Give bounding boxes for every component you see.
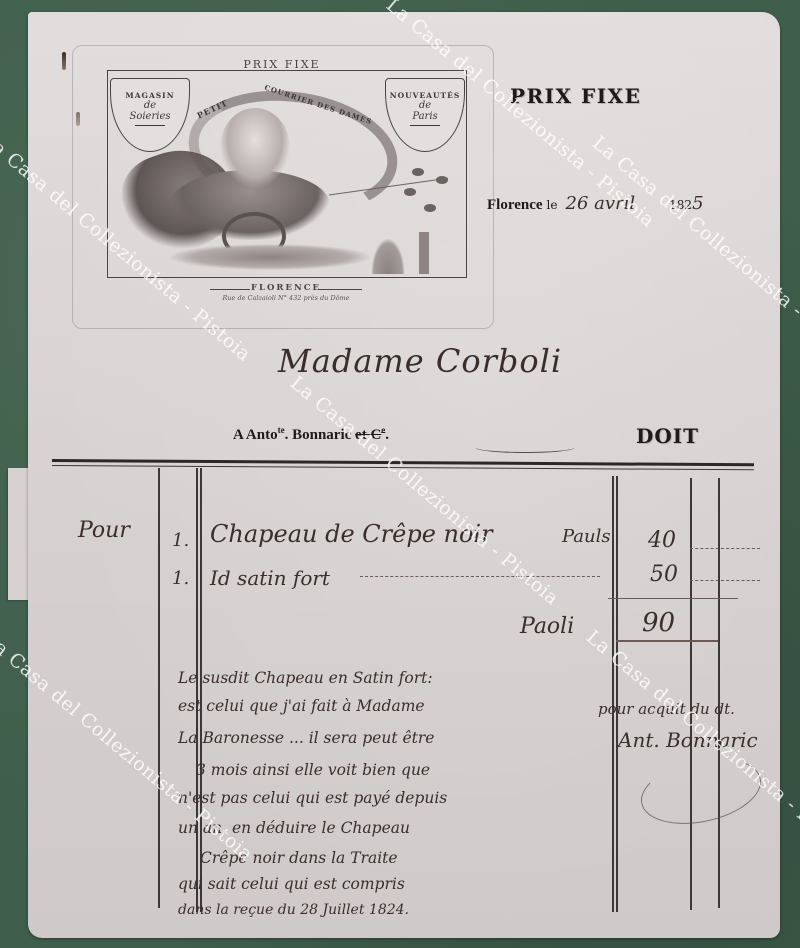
shield-right-line3: Paris	[386, 111, 464, 122]
shield-right-line2: de	[386, 100, 464, 111]
merchant-prefix: A Anto	[233, 427, 278, 443]
column-divider	[616, 476, 618, 912]
engraving-cloud	[170, 244, 370, 270]
total-amount: 90	[642, 608, 675, 638]
shield-left-line3: Soieries	[111, 111, 189, 122]
shield-left-line2: de	[111, 100, 189, 111]
item-dash	[360, 576, 600, 578]
butterfly-icon	[412, 168, 424, 176]
owes-label: DOIT	[636, 424, 699, 448]
butterfly-icon	[404, 188, 416, 196]
column-divider	[718, 478, 720, 908]
date-prefix: le	[547, 198, 558, 212]
header-title: PRIX FIXE	[510, 84, 641, 108]
total-underline	[616, 640, 718, 643]
shield-dash	[135, 125, 165, 126]
note-line: Le susdit Chapeau en Satin fort:	[178, 666, 433, 691]
date-city: Florence	[487, 197, 543, 213]
amount-dash	[690, 548, 760, 550]
butterfly-icon	[424, 204, 436, 212]
ledger-label: Pour	[78, 518, 130, 543]
struck-sup: e	[381, 425, 385, 435]
shield-right-line1: NOUVEAUTÉS	[386, 91, 464, 100]
note-line: n'est pas celui qui est payé depuis	[178, 786, 447, 811]
engraving-bell-tower	[419, 232, 429, 274]
item-unit: Pauls	[562, 526, 611, 547]
column-divider	[158, 468, 160, 908]
merchant-prefix-sup: te	[278, 425, 285, 435]
item-amount: 40	[648, 528, 676, 553]
engraving-duomo-dome	[371, 238, 405, 274]
total-rule	[608, 598, 738, 600]
note-line: dans la reçue du 28 Juillet 1824.	[178, 898, 409, 923]
total-unit: Paoli	[520, 614, 574, 639]
addressee: Madame Corboli	[278, 342, 562, 380]
item-description: Id satin fort	[210, 566, 330, 590]
note-line: La Baronesse ... il sera peut être	[178, 726, 434, 751]
item-amount: 50	[650, 562, 678, 587]
amount-dash	[690, 580, 760, 582]
pen-flourish	[475, 442, 575, 453]
shield-dash	[410, 125, 440, 126]
item-qty: 1.	[172, 568, 189, 589]
engraving-cherub	[220, 108, 290, 188]
item-qty: 1.	[172, 530, 189, 551]
note-line: qui sait celui qui est compris	[178, 872, 405, 897]
note-line: 3 mois ainsi elle voit bien que	[196, 758, 430, 783]
note-line: est celui que j'ai fait à Madame	[178, 694, 425, 719]
butterfly-icon	[436, 176, 448, 184]
column-divider	[612, 476, 614, 912]
shield-left-line1: MAGASIN	[111, 91, 189, 100]
column-divider	[690, 478, 692, 910]
